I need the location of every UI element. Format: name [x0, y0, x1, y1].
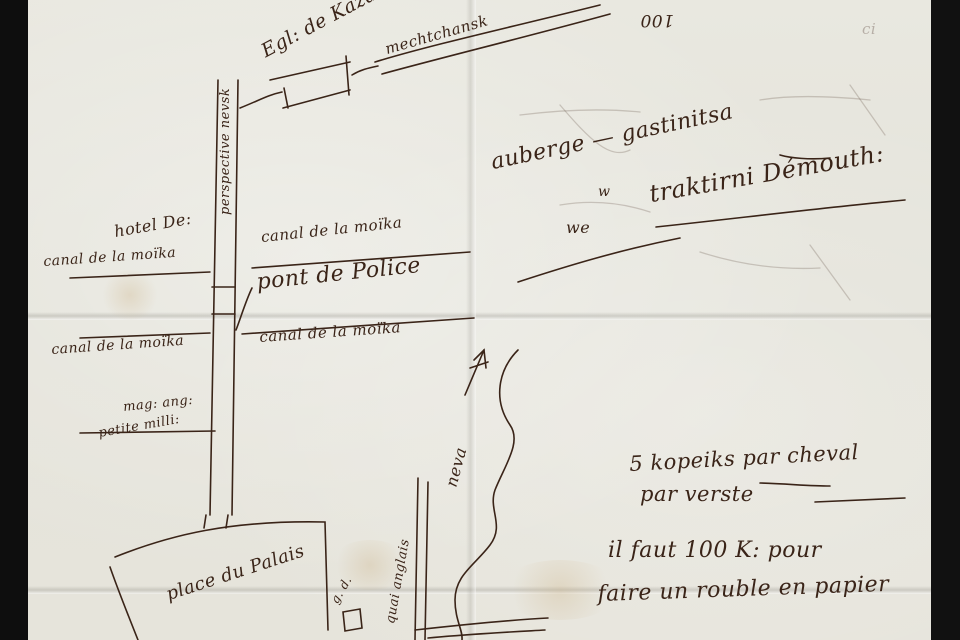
faint-mark: ci: [862, 20, 876, 38]
page-number: 100: [640, 10, 674, 30]
note-verste: par verste: [640, 482, 754, 506]
note-il-faut: il faut 100 K: pour: [608, 538, 822, 563]
note-we: we: [566, 218, 590, 237]
label-perspective-nevsky: perspective nevsk: [218, 88, 233, 215]
note-w: w: [598, 184, 610, 200]
